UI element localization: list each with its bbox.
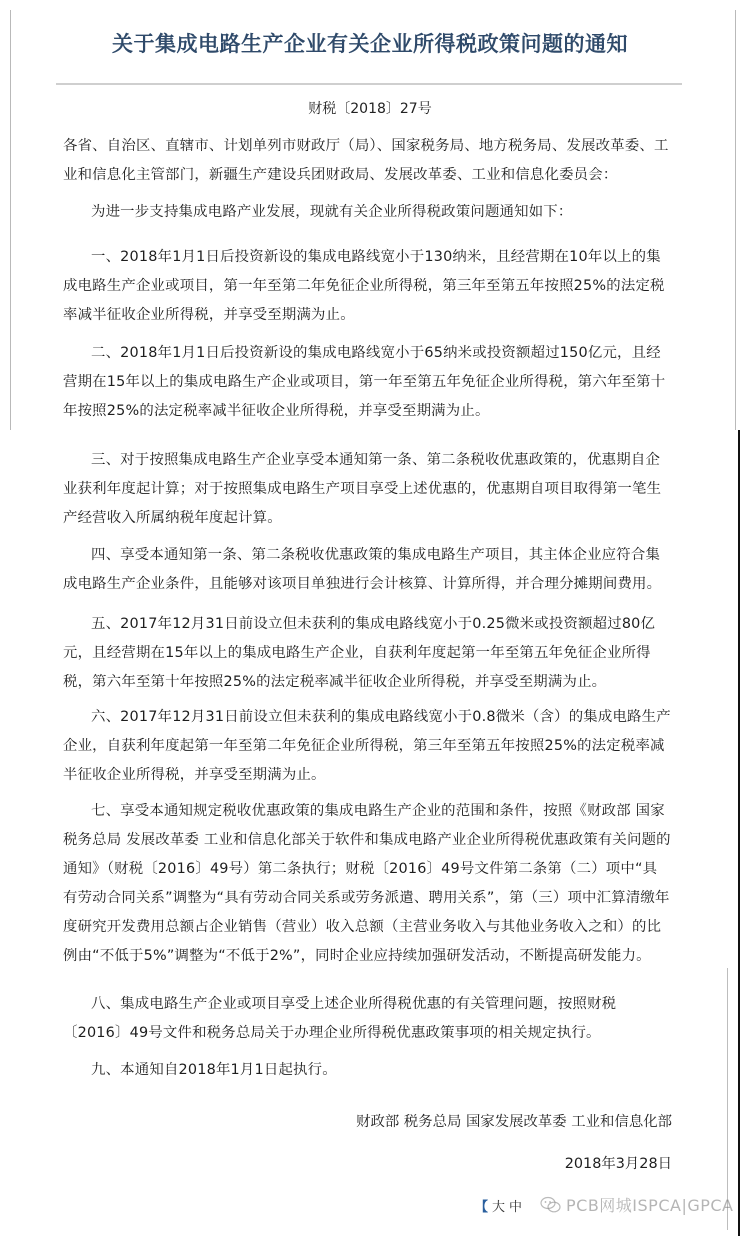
title-divider — [56, 83, 682, 85]
wechat-icon — [540, 1196, 562, 1214]
watermark-text: PCB网城ISPCA|GPCA — [566, 1193, 734, 1216]
issue-date: 2018年3月28日 — [565, 1152, 672, 1173]
article-9: 九、本通知自2018年1月1日起执行。 — [63, 1056, 671, 1085]
article-8: 八、集成电路生产企业或项目享受上述企业所得税优惠的有关管理问题，按照财税〔201… — [63, 990, 671, 1048]
document-page: 关于集成电路生产企业有关企业所得税政策问题的通知 财税〔2018〕27号 各省、… — [0, 0, 740, 1236]
page-border-right — [735, 10, 736, 430]
article-1: 一、2018年1月1日后投资新设的集成电路线宽小于130纳米，且经营期在10年以… — [63, 243, 671, 330]
page-title: 关于集成电路生产企业有关企业所得税政策问题的通知 — [0, 28, 740, 58]
watermark: PCB网城ISPCA|GPCA — [540, 1193, 734, 1216]
article-7: 七、享受本通知规定税收优惠政策的集成电路生产企业的范围和条件，按照《财政部 国家… — [63, 797, 671, 971]
article-5: 五、2017年12月31日前设立但未获利的集成电路线宽小于0.25微米或投资额超… — [63, 610, 671, 697]
article-2: 二、2018年1月1日后投资新设的集成电路线宽小于65纳米或投资额超过150亿元… — [63, 339, 671, 426]
article-6: 六、2017年12月31日前设立但未获利的集成电路线宽小于0.8微米（含）的集成… — [63, 703, 671, 790]
document-number: 财税〔2018〕27号 — [0, 98, 740, 118]
bracket-open: 【 — [475, 1196, 488, 1215]
addressee: 各省、自治区、直辖市、计划单列市财政厅（局）、国家税务局、地方税务局、发展改革委… — [63, 132, 671, 190]
font-medium-button[interactable]: 中 — [509, 1196, 522, 1215]
article-3: 三、对于按照集成电路生产企业享受本通知第一条、第二条税收优惠政策的，优惠期自企业… — [63, 446, 671, 533]
page-border-left — [10, 10, 11, 430]
article-4: 四、享受本通知第一条、第二条税收优惠政策的集成电路生产项目，其主体企业应符合集成… — [63, 541, 671, 599]
font-size-controls: 【 大 中 — [475, 1196, 522, 1215]
page-border-right-lower — [727, 968, 728, 1230]
font-large-button[interactable]: 大 — [492, 1196, 505, 1215]
intro-paragraph: 为进一步支持集成电路产业发展，现就有关企业所得税政策问题通知如下： — [63, 198, 671, 227]
signatories: 财政部 税务总局 国家发展改革委 工业和信息化部 — [356, 1110, 672, 1131]
